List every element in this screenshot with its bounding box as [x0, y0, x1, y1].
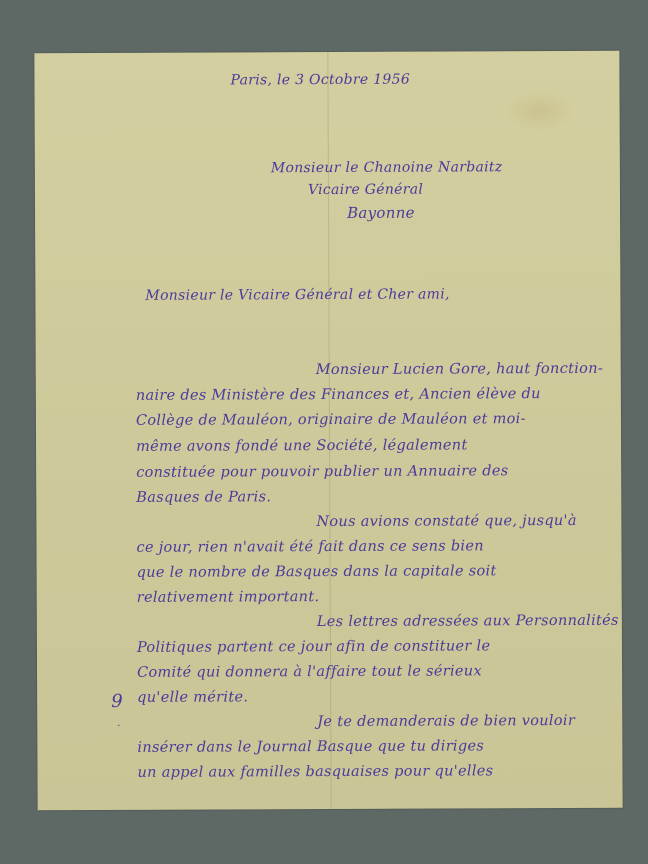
body-line: qu'elle mérite. [137, 689, 248, 705]
body-line: Monsieur Lucien Gore, haut fonction- [316, 361, 603, 378]
body-line: constituée pour pouvoir publier un Annua… [136, 463, 508, 481]
body-line: Basques de Paris. [136, 489, 271, 506]
body-line: ce jour, rien n'avait été fait dans ce s… [136, 538, 483, 556]
dateline: Paris, le 3 Octobre 1956 [230, 72, 410, 89]
margin-dot: . [117, 718, 121, 729]
recipient-name: Monsieur le Chanoine Narbaitz [271, 159, 503, 176]
letter-page: Paris, le 3 Octobre 1956 Monsieur le Cha… [34, 51, 622, 811]
body-line: même avons fondé une Société, légalement [136, 437, 468, 454]
salutation: Monsieur le Vicaire Général et Cher ami, [145, 286, 449, 303]
body-line: Je te demanderais de bien vouloir [317, 713, 575, 730]
body-line: Nous avions constaté que, jusqu'à [316, 513, 576, 530]
body-line: insérer dans le Journal Basque que tu di… [137, 738, 484, 756]
body-line: Collège de Mauléon, originaire de Mauléo… [136, 411, 526, 429]
body-line: Politiques partent ce jour afin de const… [137, 638, 490, 656]
body-line: Comité qui donnera à l'affaire tout le s… [137, 663, 482, 681]
body-line: relativement important. [137, 589, 320, 606]
body-line: Les lettres adressées aux Personnalités [317, 613, 619, 630]
recipient-title: Vicaire Général [308, 182, 423, 199]
body-line: un appel aux familles basquaises pour qu… [137, 763, 493, 781]
paper-stain [505, 91, 575, 131]
recipient-city: Bayonne [347, 204, 415, 222]
body-line: naire des Ministère des Finances et, Anc… [136, 386, 541, 404]
body-line: que le nombre de Basques dans la capital… [137, 563, 497, 581]
margin-mark: 9 [111, 691, 123, 712]
